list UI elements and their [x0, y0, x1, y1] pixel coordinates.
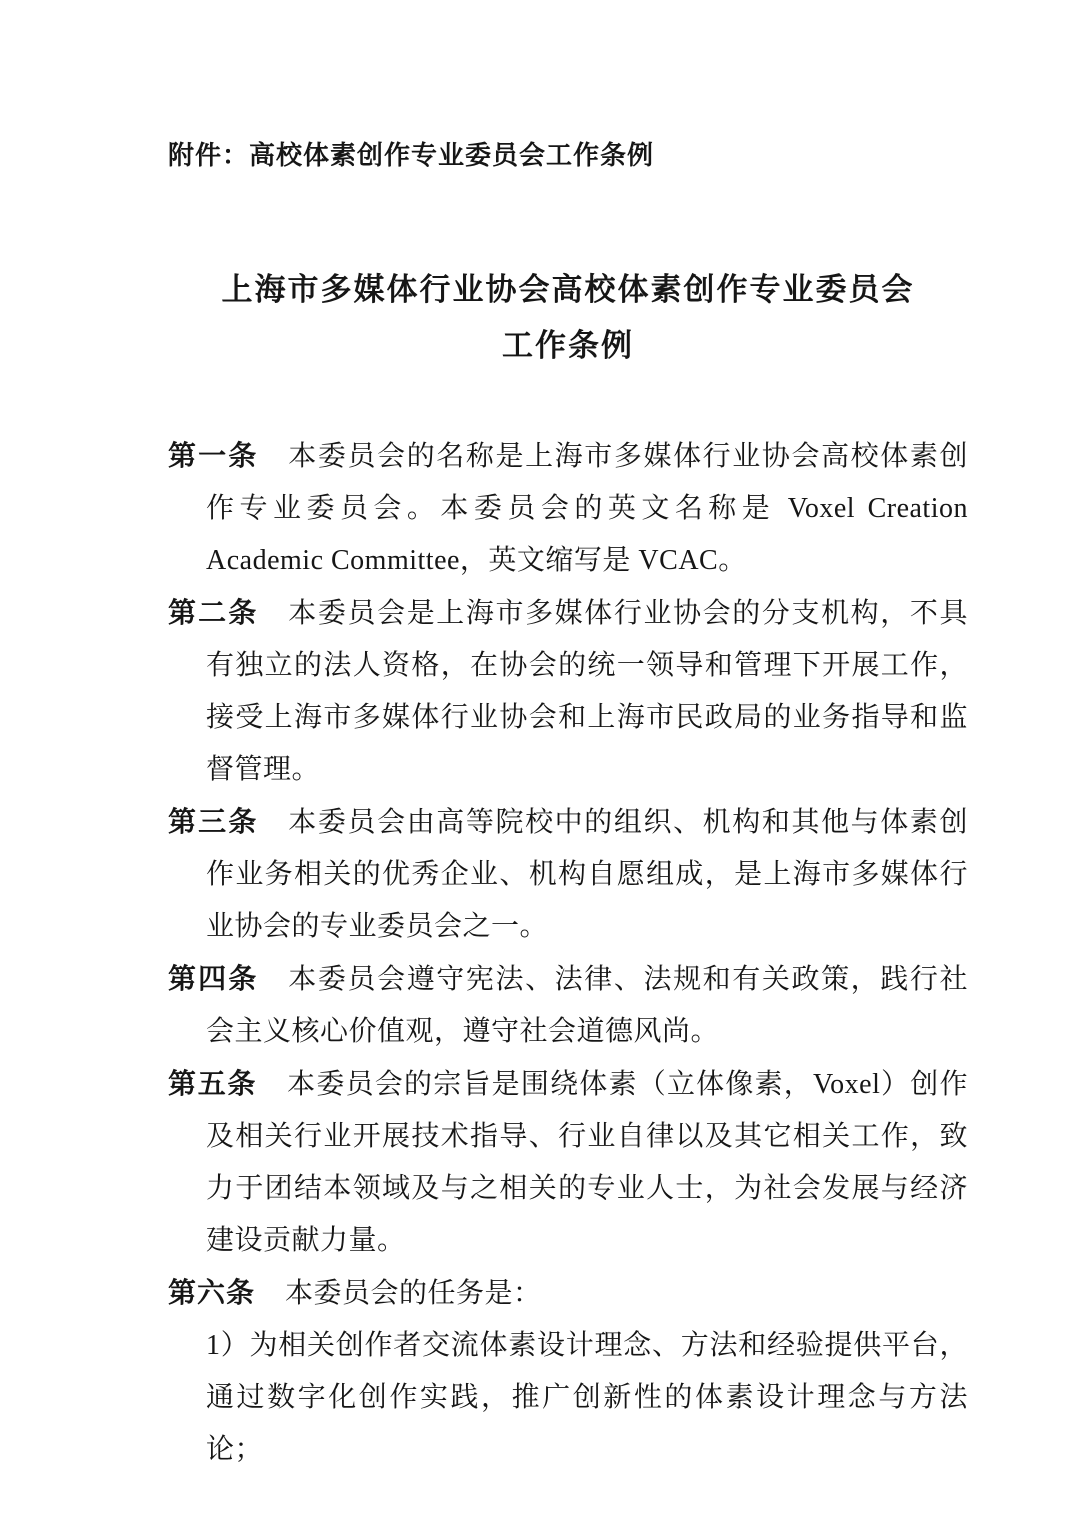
- article-6-text: 本委员会的任务是：: [285, 1278, 542, 1309]
- article-1: 第一条本委员会的名称是上海市多媒体行业协会高校体素创作专业委员会。本委员会的英文…: [168, 430, 968, 587]
- article-1-text: 本委员会的名称是上海市多媒体行业协会高校体素创作专业委员会。本委员会的英文名称是…: [206, 441, 968, 576]
- task-item-1: 1）为相关创作者交流体素设计理念、方法和经验提供平台，通过数字化创作实践，推广创…: [206, 1320, 968, 1476]
- article-1-label: 第一条: [168, 440, 258, 471]
- article-6: 第六条本委员会的任务是：: [168, 1267, 968, 1320]
- document-body: 第一条本委员会的名称是上海市多媒体行业协会高校体素创作专业委员会。本委员会的英文…: [168, 430, 968, 1476]
- article-4-text: 本委员会遵守宪法、法律、法规和有关政策，践行社会主义核心价值观，遵守社会道德风尚…: [206, 964, 968, 1047]
- article-3-text: 本委员会由高等院校中的组织、机构和其他与体素创作业务相关的优秀企业、机构自愿组成…: [206, 807, 968, 942]
- article-5-label: 第五条: [168, 1068, 257, 1099]
- article-2-text: 本委员会是上海市多媒体行业协会的分支机构，不具有独立的法人资格，在协会的统一领导…: [206, 598, 968, 785]
- article-5: 第五条本委员会的宗旨是围绕体素（立体像素，Voxel）创作及相关行业开展技术指导…: [168, 1058, 968, 1267]
- article-3: 第三条本委员会由高等院校中的组织、机构和其他与体素创作业务相关的优秀企业、机构自…: [168, 796, 968, 953]
- article-2: 第二条本委员会是上海市多媒体行业协会的分支机构，不具有独立的法人资格，在协会的统…: [168, 587, 968, 796]
- article-4: 第四条本委员会遵守宪法、法律、法规和有关政策，践行社会主义核心价值观，遵守社会道…: [168, 953, 968, 1058]
- article-3-label: 第三条: [168, 806, 258, 837]
- document-title-line1: 上海市多媒体行业协会高校体素创作专业委员会: [168, 262, 968, 318]
- article-2-label: 第二条: [168, 597, 258, 628]
- document-title-line2: 工作条例: [168, 318, 968, 374]
- article-4-label: 第四条: [168, 963, 258, 994]
- article-6-label: 第六条: [168, 1277, 255, 1308]
- attachment-line: 附件：高校体素创作专业委员会工作条例: [168, 140, 968, 170]
- article-5-text: 本委员会的宗旨是围绕体素（立体像素，Voxel）创作及相关行业开展技术指导、行业…: [206, 1069, 968, 1256]
- document-page: 附件：高校体素创作专业委员会工作条例 上海市多媒体行业协会高校体素创作专业委员会…: [0, 0, 1080, 1529]
- title-block: 上海市多媒体行业协会高校体素创作专业委员会 工作条例: [168, 262, 968, 374]
